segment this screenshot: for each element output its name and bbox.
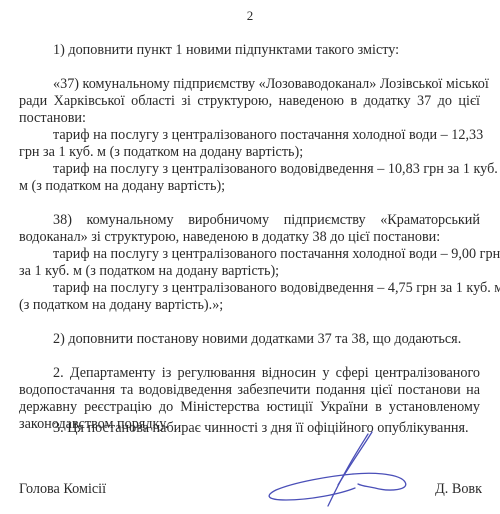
text-line: постанови: xyxy=(19,110,480,127)
text-line: тариф на послугу з централізованого пост… xyxy=(53,127,480,144)
text-line: грн за 1 куб. м (з податком на додану ва… xyxy=(19,144,480,161)
text-line: м (з податком на додану вартість); xyxy=(19,178,480,195)
text-line: за 1 куб. м (з податком на додану вартіс… xyxy=(19,263,480,280)
text-line: 38) комунальному виробничому підприємств… xyxy=(53,212,480,229)
text-line: тариф на послугу з централізованого пост… xyxy=(53,246,480,263)
text-line: 2. Департаменту із регулювання відносин … xyxy=(53,365,480,382)
text-line: 1) доповнити пункт 1 новими підпунктами … xyxy=(53,42,480,59)
text-line: «37) комунальному підприємству «Лозоваво… xyxy=(53,76,480,93)
signatory-title: Голова Комісії xyxy=(19,481,106,498)
text-line: 2) доповнити постанову новими додатками … xyxy=(53,331,480,348)
handwritten-signature xyxy=(250,430,420,514)
text-line: (з податком на додану вартість).»; xyxy=(19,297,480,314)
text-line: ради Харківської області зі структурою, … xyxy=(19,93,480,110)
text-line: тариф на послугу з централізованого водо… xyxy=(53,161,480,178)
page-number: 2 xyxy=(0,8,500,24)
document-page: 2 1) доповнити пункт 1 новими підпунктам… xyxy=(0,0,500,514)
text-line: водопостачання та водовідведення забезпе… xyxy=(19,382,480,399)
text-line: тариф на послугу з централізованого водо… xyxy=(53,280,480,297)
text-line: державну реєстрацію до Міністерства юсти… xyxy=(19,399,480,416)
text-line: водоканал» зі структурою, наведеною в до… xyxy=(19,229,480,246)
signatory-name: Д. Вовк xyxy=(435,481,482,498)
